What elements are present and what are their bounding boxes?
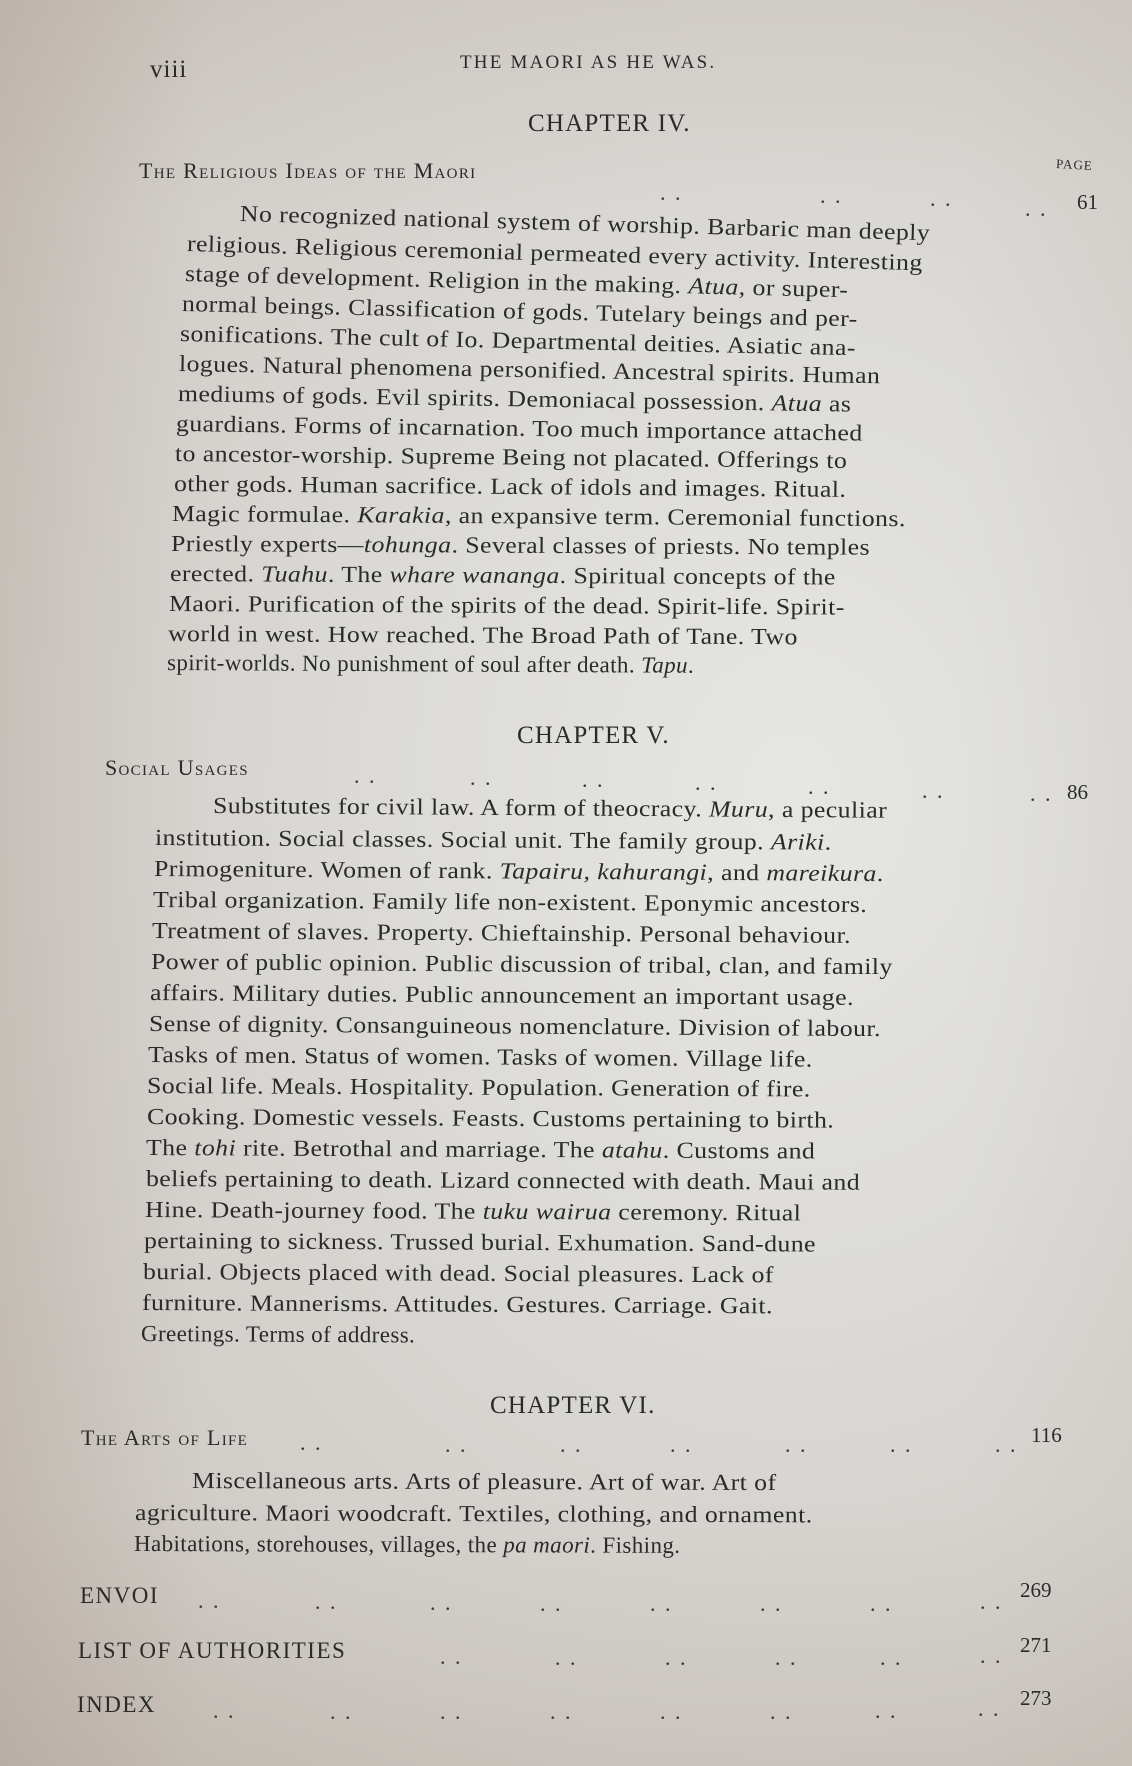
summary-line: Substitutes for civil law. A form of the…: [213, 793, 887, 824]
text-run: . Fishing.: [590, 1533, 680, 1558]
chapter-v-heading: CHAPTER V.: [517, 722, 670, 750]
italic-term: Karakia: [357, 502, 445, 528]
text-run: Sense of dignity. Consanguineous nomencl…: [149, 1011, 881, 1041]
summary-line: Tasks of men. Status of women. Tasks of …: [148, 1042, 813, 1073]
chapter-vi-page-number: 116: [1031, 1423, 1062, 1448]
leader-dots: . .: [445, 1432, 468, 1458]
text-run: , an expansive term. Ceremonial function…: [445, 503, 906, 531]
leader-dots: . .: [820, 183, 843, 209]
leader-dots: . .: [198, 1588, 221, 1614]
summary-line: Tribal organization. Family life non-exi…: [153, 887, 867, 918]
summary-line: burial. Objects placed with dead. Social…: [143, 1259, 774, 1288]
leader-dots: . .: [870, 1591, 893, 1617]
summary-line: Priestly experts—tohunga. Several classe…: [171, 531, 870, 561]
text-run: Treatment of slaves. Property. Chieftain…: [152, 918, 851, 948]
leader-dots: . .: [775, 1645, 798, 1671]
text-run: institution. Social classes. Social unit…: [155, 825, 771, 854]
italic-term: Ariki: [771, 829, 825, 854]
chapter-iv-title: The Religious Ideas of the Maori: [139, 158, 476, 184]
text-run: .: [825, 830, 832, 855]
leader-dots: . .: [582, 767, 605, 793]
text-run: other gods. Human sacrifice. Lack of ido…: [174, 471, 847, 502]
chapter-iv-page-number: 61: [1077, 190, 1098, 215]
leader-dots: . .: [875, 1698, 898, 1724]
summary-line: agriculture. Maori woodcraft. Textiles, …: [135, 1500, 813, 1528]
summary-line: Sense of dignity. Consanguineous nomencl…: [149, 1011, 881, 1042]
text-run: Hine. Death-journey food. The: [145, 1197, 483, 1224]
text-run: , a peculiar: [768, 797, 887, 823]
leader-dots: . .: [555, 1645, 578, 1671]
summary-line: Cooking. Domestic vessels. Feasts. Custo…: [147, 1104, 834, 1134]
leader-dots: . .: [922, 778, 945, 804]
leader-dots: . .: [470, 765, 493, 791]
leader-dots: . .: [930, 186, 953, 212]
italic-term: atahu: [602, 1137, 663, 1162]
summary-line: Maori. Purification of the spirits of th…: [169, 591, 845, 621]
leader-dots: . .: [880, 1645, 903, 1671]
leader-dots: . .: [978, 1696, 1001, 1722]
summary-line: Primogeniture. Women of rank. Tapairu, k…: [154, 856, 884, 887]
text-run: ceremony. Ritual: [611, 1199, 801, 1225]
summary-line: furniture. Mannerisms. Attitudes. Gestur…: [142, 1290, 773, 1319]
leader-dots: . .: [300, 1430, 323, 1456]
summary-line: institution. Social classes. Social unit…: [155, 825, 832, 856]
italic-term: mareikura: [766, 860, 877, 886]
summary-line: world in west. How reached. The Broad Pa…: [168, 621, 798, 650]
leader-dots: . .: [540, 1591, 563, 1617]
text-run: furniture. Mannerisms. Attitudes. Gestur…: [142, 1290, 773, 1318]
text-run: , or super-: [739, 275, 849, 303]
text-run: affairs. Military duties. Public announc…: [150, 980, 854, 1010]
page-folio: viii: [150, 56, 187, 84]
text-run: , and: [707, 860, 766, 885]
text-run: to ancestor-worship. Supreme Being not p…: [175, 441, 848, 473]
text-run: Primogeniture. Women of rank.: [154, 856, 500, 883]
leader-dots: . .: [980, 1589, 1003, 1615]
envoi-title: ENVOI: [80, 1583, 159, 1609]
leader-dots: . .: [330, 1699, 353, 1725]
envoi-page-number: 269: [1020, 1578, 1052, 1603]
chapter-v-page-number: 86: [1067, 780, 1088, 805]
leader-dots: . .: [440, 1644, 463, 1670]
leader-dots: . .: [1025, 196, 1048, 222]
text-run: Greetings. Terms of address.: [141, 1321, 415, 1347]
italic-term: Atua: [771, 390, 822, 416]
text-run: spirit-worlds. No punishment of soul aft…: [167, 650, 641, 677]
italic-term: Muru: [709, 796, 768, 821]
text-run: Maori. Purification of the spirits of th…: [169, 591, 845, 620]
text-run: The: [146, 1135, 194, 1160]
text-run: rite. Betrothal and marriage. The: [236, 1135, 602, 1162]
leader-dots: . .: [660, 1699, 683, 1725]
text-run: . The: [328, 562, 390, 587]
summary-line: Greetings. Terms of address.: [141, 1321, 415, 1348]
text-run: burial. Objects placed with dead. Social…: [143, 1259, 774, 1287]
italic-term: Tapu: [641, 652, 688, 677]
leader-dots: . .: [650, 1591, 673, 1617]
chapter-v-title: Social Usages: [105, 755, 249, 781]
summary-line: other gods. Human sacrifice. Lack of ido…: [174, 471, 847, 503]
text-run: Substitutes for civil law. A form of the…: [213, 793, 709, 821]
leader-dots: . .: [808, 774, 831, 800]
italic-term: tohunga: [364, 532, 452, 557]
text-run: world in west. How reached. The Broad Pa…: [168, 621, 798, 649]
chapter-iv-heading: CHAPTER IV.: [528, 110, 691, 138]
leader-dots: . .: [665, 1645, 688, 1671]
text-run: mediums of gods. Evil spirits. Demoniaca…: [178, 381, 772, 415]
page-column-label: PAGE: [1056, 156, 1094, 174]
summary-line: pertaining to sickness. Trussed burial. …: [144, 1228, 816, 1258]
text-run: Miscellaneous arts. Arts of pleasure. Ar…: [192, 1468, 777, 1495]
summary-line: Magic formulae. Karakia, an expansive te…: [172, 501, 906, 532]
leader-dots: . .: [785, 1432, 808, 1458]
text-run: Priestly experts—: [171, 531, 364, 557]
summary-line: beliefs pertaining to death. Lizard conn…: [146, 1166, 860, 1196]
italic-term: pa maori: [503, 1532, 590, 1557]
text-run: pertaining to sickness. Trussed burial. …: [144, 1228, 816, 1257]
text-run: Tribal organization. Family life non-exi…: [153, 887, 867, 917]
leader-dots: . .: [660, 180, 683, 206]
leader-dots: . .: [695, 770, 718, 796]
leader-dots: . .: [1030, 781, 1053, 807]
list-of-authorities-title: LIST OF AUTHORITIES: [78, 1638, 346, 1664]
italic-term: Tuahu: [261, 561, 328, 586]
text-run: . Spiritual concepts of the: [560, 563, 836, 589]
text-run: . Several classes of priests. No temples: [451, 532, 870, 559]
italic-term: tohi: [194, 1135, 236, 1160]
summary-line: The tohi rite. Betrothal and marriage. T…: [146, 1135, 815, 1165]
leader-dots: . .: [770, 1699, 793, 1725]
leader-dots: . .: [213, 1698, 236, 1724]
summary-line: Treatment of slaves. Property. Chieftain…: [152, 918, 851, 949]
summary-line: Power of public opinion. Public discussi…: [151, 949, 893, 980]
text-run: .: [688, 653, 694, 678]
leader-dots: . .: [760, 1591, 783, 1617]
leader-dots: . .: [670, 1432, 693, 1458]
text-run: agriculture. Maori woodcraft. Textiles, …: [135, 1500, 813, 1527]
leader-dots: . .: [354, 763, 377, 789]
text-run: Tasks of men. Status of women. Tasks of …: [148, 1042, 813, 1072]
text-run: Magic formulae.: [172, 501, 357, 527]
leader-dots: . .: [980, 1643, 1003, 1669]
leader-dots: . .: [560, 1432, 583, 1458]
summary-line: to ancestor-worship. Supreme Being not p…: [175, 441, 848, 474]
text-run: . Customs and: [663, 1138, 816, 1164]
summary-line: affairs. Military duties. Public announc…: [150, 980, 854, 1011]
italic-term: whare wananga: [389, 562, 559, 588]
chapter-vi-title: The Arts of Life: [81, 1425, 248, 1451]
running-title: THE MAORI AS HE WAS.: [460, 52, 716, 74]
text-run: beliefs pertaining to death. Lizard conn…: [146, 1166, 860, 1195]
index-page-number: 273: [1020, 1686, 1052, 1711]
text-run: Cooking. Domestic vessels. Feasts. Custo…: [147, 1104, 834, 1133]
leader-dots: . .: [890, 1432, 913, 1458]
summary-line: Habitations, storehouses, villages, the …: [134, 1531, 681, 1559]
leader-dots: . .: [315, 1589, 338, 1615]
summary-line: Miscellaneous arts. Arts of pleasure. Ar…: [192, 1468, 777, 1496]
text-run: erected.: [170, 561, 261, 586]
chapter-vi-heading: CHAPTER VI.: [490, 1392, 656, 1420]
list-of-authorities-page-number: 271: [1020, 1633, 1052, 1658]
text-run: as: [822, 391, 852, 416]
text-run: .: [877, 861, 884, 886]
text-run: Habitations, storehouses, villages, the: [134, 1531, 503, 1557]
summary-line: Hine. Death-journey food. The tuku wairu…: [145, 1197, 801, 1226]
leader-dots: . .: [550, 1699, 573, 1725]
italic-term: tuku wairua: [483, 1199, 612, 1225]
summary-line: erected. Tuahu. The whare wananga. Spiri…: [170, 561, 836, 590]
leader-dots: . .: [430, 1590, 453, 1616]
index-title: INDEX: [77, 1692, 156, 1718]
summary-line: spirit-worlds. No punishment of soul aft…: [167, 650, 694, 679]
italic-term: Atua: [688, 273, 739, 299]
leader-dots: . .: [440, 1699, 463, 1725]
text-run: guardians. Forms of incarnation. Too muc…: [176, 411, 863, 446]
text-run: Social life. Meals. Hospitality. Populat…: [147, 1073, 811, 1101]
text-run: Power of public opinion. Public discussi…: [151, 949, 893, 979]
italic-term: Tapairu, kahurangi: [500, 858, 708, 884]
summary-line: Social life. Meals. Hospitality. Populat…: [147, 1073, 811, 1102]
leader-dots: . .: [995, 1432, 1018, 1458]
